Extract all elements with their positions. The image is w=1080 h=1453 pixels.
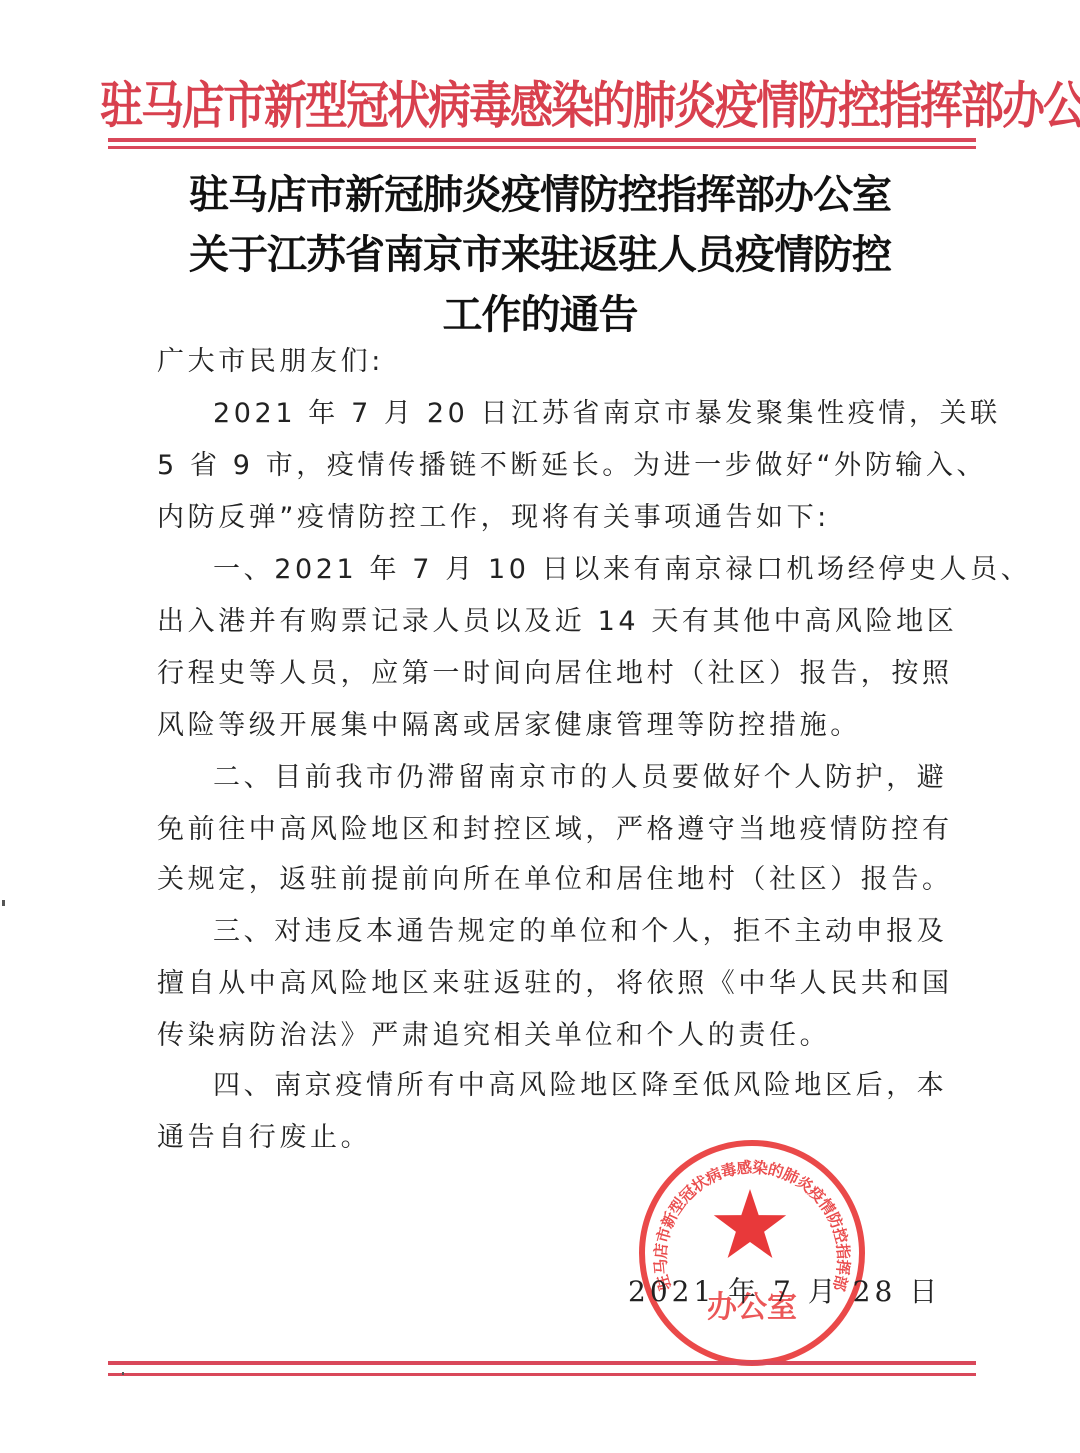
item-1-line: 行程史等人员，应第一时间向居住地村（社区）报告，按照	[157, 656, 953, 692]
item-1-line: 出入港并有购票记录人员以及近 14 天有其他中高风险地区	[157, 604, 957, 640]
notice-title-line-3: 工作的通告	[140, 286, 940, 344]
paragraph-intro-line: 5 省 9 市，疫情传播链不断延长。为进一步做好“外防输入、	[157, 448, 987, 484]
item-4-line: 通告自行废止。	[157, 1120, 371, 1156]
item-2-line: 关规定，返驻前提前向所在单位和居住地村（社区）报告。	[157, 862, 953, 898]
item-3-line: 擅自从中高风险地区来驻返驻的，将依照《中华人民共和国	[157, 966, 953, 1002]
item-4-line: 四、南京疫情所有中高风险地区降至低风险地区后，本	[213, 1068, 947, 1104]
paragraph-intro-line: 内防反弹”疫情防控工作，现将有关事项通告如下:	[157, 500, 830, 536]
scan-speck	[122, 1372, 124, 1375]
item-2-line: 二、目前我市仍滞留南京市的人员要做好个人防护，避	[213, 760, 947, 796]
item-3-line: 传染病防治法》严肃追究相关单位和个人的责任。	[157, 1018, 830, 1054]
item-1-line: 风险等级开展集中隔离或居家健康管理等防控措施。	[157, 708, 861, 744]
item-1-line: 一、2021 年 7 月 10 日以来有南京禄口机场经停史人员、	[213, 552, 1031, 588]
official-seal: 驻马店市新型冠状病毒感染的肺炎疫情防控指挥部 办公室	[634, 1135, 870, 1371]
notice-title-line-2: 关于江苏省南京市来驻返驻人员疫情防控	[140, 226, 940, 284]
item-3-line: 三、对违反本通告规定的单位和个人，拒不主动申报及	[213, 914, 947, 950]
letterhead-rule-bottom	[108, 146, 976, 149]
footer-rule-top	[108, 1361, 976, 1365]
item-2-line: 免前往中高风险地区和封控区域，严格遵守当地疫情防控有	[157, 812, 953, 848]
salutation: 广大市民朋友们:	[157, 344, 384, 380]
notice-title-line-1: 驻马店市新冠肺炎疫情防控指挥部办公室	[140, 166, 940, 224]
letterhead-rule-top	[108, 138, 976, 142]
footer-rule-bottom	[108, 1373, 976, 1376]
star-icon	[714, 1189, 786, 1258]
letterhead-org-name: 驻马店市新型冠状病毒感染的肺炎疫情防控指挥部办公室	[100, 70, 980, 143]
scan-speck	[2, 900, 5, 906]
paragraph-intro-line: 2021 年 7 月 20 日江苏省南京市暴发聚集性疫情，关联	[213, 396, 1001, 432]
issue-date: 2021 年 7 月 28 日	[628, 1270, 941, 1310]
